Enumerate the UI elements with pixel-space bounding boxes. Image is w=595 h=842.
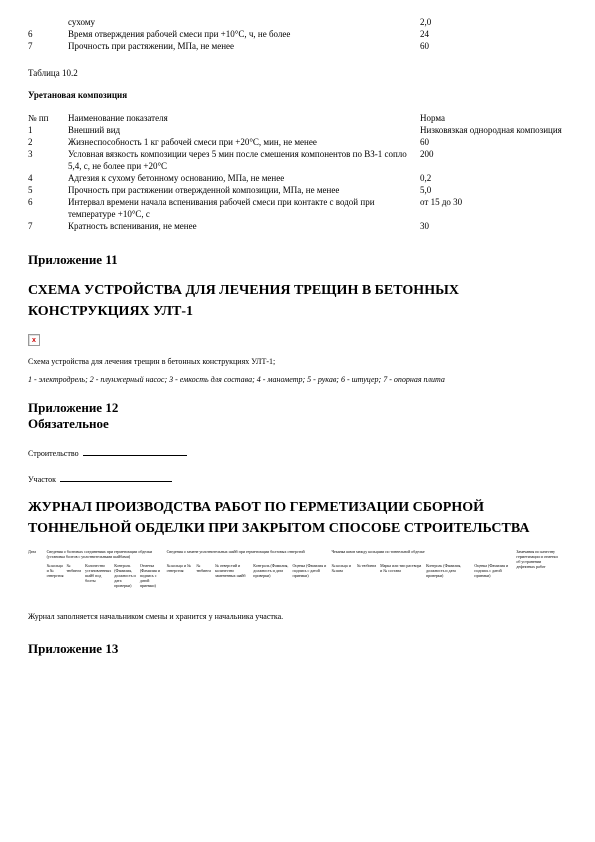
journal-subcol: № тюбинга xyxy=(196,563,215,588)
journal-subcol: Оценка (Фамилия и подпись с датой приемк… xyxy=(293,563,332,588)
journal-title: ЖУРНАЛ ПРОИЗВОДСТВА РАБОТ ПО ГЕРМЕТИЗАЦИ… xyxy=(28,497,558,539)
row-value: 200 xyxy=(420,148,568,172)
row-number: 7 xyxy=(28,220,68,232)
row-name: Интервал времени начала вспенивания рабо… xyxy=(68,196,420,220)
header-name: Наименование показателя xyxy=(68,112,420,124)
row-value: Низковязкая однородная композиция xyxy=(420,124,568,136)
journal-subheader-row: № кольца и № отверстия № тюбинга Количес… xyxy=(28,563,563,588)
journal-subcol: Оценка (Фамилия и подпись с датой приемк… xyxy=(474,563,516,588)
journal-table: Дата Сведения о болтовых соединениях при… xyxy=(28,549,563,588)
appendix-12-subtitle: Обязательное xyxy=(28,416,567,432)
spec-table-urethane: № пп Наименование показателя Норма 1 Вне… xyxy=(28,112,568,232)
journal-subcol: № кольца и № шва xyxy=(331,563,356,588)
row-name: Адгезия к сухому бетонному основанию, МП… xyxy=(68,172,420,184)
row-name: Прочность при растяжении отвержденной ко… xyxy=(68,184,420,196)
table-row: 4 Адгезия к сухому бетонному основанию, … xyxy=(28,172,568,184)
journal-col-notes: Замечания по качеству герметизации и отм… xyxy=(516,549,563,588)
journal-subcol: Отметка (Фамилия и подпись с датой прием… xyxy=(140,563,167,588)
row-number: 5 xyxy=(28,184,68,196)
journal-group-1-header: Сведения о болтовых соединениях при герм… xyxy=(47,549,167,563)
table-header-row: № пп Наименование показателя Норма xyxy=(28,112,568,124)
construction-blank-line xyxy=(83,447,187,456)
table-row: 2 Жизнеспособность 1 кг рабочей смеси пр… xyxy=(28,136,568,148)
row-number: 7 xyxy=(28,40,68,52)
journal-subcol: Контроль (Фамилия, должность и дата пров… xyxy=(426,563,474,588)
row-number: 6 xyxy=(28,28,68,40)
table-row: 6 Интервал времени начала вспенивания ра… xyxy=(28,196,568,220)
row-name: Условная вязкость композиции через 5 мин… xyxy=(68,148,420,172)
row-value: от 15 до 30 xyxy=(420,196,568,220)
row-value: 60 xyxy=(420,136,568,148)
journal-group-2-header: Сведения о замене уплотнительных шайб пр… xyxy=(167,549,332,563)
appendix-13-title: Приложение 13 xyxy=(28,641,567,657)
row-number: 1 xyxy=(28,124,68,136)
header-number: № пп xyxy=(28,112,68,124)
row-name: Жизнеспособность 1 кг рабочей смеси при … xyxy=(68,136,420,148)
header-value: Норма xyxy=(420,112,568,124)
journal-subcol: № тюбинга xyxy=(357,563,380,588)
table-row: сухому 2,0 xyxy=(28,16,568,28)
journal-col-date: Дата xyxy=(28,549,47,588)
table-row: 1 Внешний вид Низковязкая однородная ком… xyxy=(28,124,568,136)
journal-group-header-row: Дата Сведения о болтовых соединениях при… xyxy=(28,549,563,563)
journal-subcol: № кольца и № отверстия xyxy=(47,563,67,588)
row-number: 4 xyxy=(28,172,68,184)
broken-image-icon: x xyxy=(28,334,40,346)
row-name: сухому xyxy=(68,16,420,28)
journal-subcol: № кольца и № отверстия xyxy=(167,563,197,588)
section-blank-line xyxy=(60,473,172,482)
table-row: 7 Кратность вспенивания, не менее 30 xyxy=(28,220,568,232)
row-name: Прочность при растяжении, МПа, не менее xyxy=(68,40,420,52)
journal-subcol: Контроль (Фамилия, должность и дата пров… xyxy=(114,563,140,588)
figure-caption: Схема устройства для лечения трещин в бе… xyxy=(28,357,567,366)
appendix-12-title-text: Приложение 12 xyxy=(28,400,567,416)
table-row: 5 Прочность при растяжении отвержденной … xyxy=(28,184,568,196)
journal-subcol: Количество установленных шайб под болты xyxy=(85,563,114,588)
journal-group-3-header: Чеканка швов между кольцами по тоннельно… xyxy=(331,549,516,563)
journal-subcol: № тюбинга xyxy=(67,563,86,588)
row-value: 24 xyxy=(420,28,568,40)
row-value: 60 xyxy=(420,40,568,52)
field-section: Участок xyxy=(28,473,567,484)
figure-legend: 1 - электродрель; 2 - плунжерный насос; … xyxy=(28,375,567,384)
appendix-11-heading: СХЕМА УСТРОЙСТВА ДЛЯ ЛЕЧЕНИЯ ТРЕЩИН В БЕ… xyxy=(28,280,558,322)
journal-note: Журнал заполняется начальником смены и х… xyxy=(28,612,567,621)
row-name: Внешний вид xyxy=(68,124,420,136)
field-section-label: Участок xyxy=(28,475,56,484)
table-row: 3 Условная вязкость композиции через 5 м… xyxy=(28,148,568,172)
row-value: 0,2 xyxy=(420,172,568,184)
document-page: сухому 2,0 6 Время отверждения рабочей с… xyxy=(0,0,595,842)
row-name: Кратность вспенивания, не менее xyxy=(68,220,420,232)
journal-subcol: Контроль (Фамилия, должность и дата пров… xyxy=(253,563,292,588)
field-construction: Строительство xyxy=(28,447,567,458)
appendix-12-title: Приложение 12 Обязательное xyxy=(28,400,567,432)
appendix-11-title: Приложение 11 xyxy=(28,252,567,268)
table-row: 6 Время отверждения рабочей смеси при +1… xyxy=(28,28,568,40)
table-subtitle: Уретановая композиция xyxy=(28,90,567,100)
journal-empty-rows-area xyxy=(28,588,567,602)
row-value: 2,0 xyxy=(420,16,568,28)
row-value: 30 xyxy=(420,220,568,232)
row-value: 5,0 xyxy=(420,184,568,196)
row-number: 6 xyxy=(28,196,68,220)
field-construction-label: Строительство xyxy=(28,449,79,458)
journal-subcol: № отверстий и количество замененных шайб xyxy=(215,563,253,588)
table-row: 7 Прочность при растяжении, МПа, не мене… xyxy=(28,40,568,52)
row-number: 3 xyxy=(28,148,68,172)
row-number xyxy=(28,16,68,28)
table-caption: Таблица 10.2 xyxy=(28,68,567,78)
journal-subcol: Марка или тип раствора и № состава xyxy=(380,563,426,588)
spec-table-fragment: сухому 2,0 6 Время отверждения рабочей с… xyxy=(28,16,568,52)
row-number: 2 xyxy=(28,136,68,148)
row-name: Время отверждения рабочей смеси при +10°… xyxy=(68,28,420,40)
